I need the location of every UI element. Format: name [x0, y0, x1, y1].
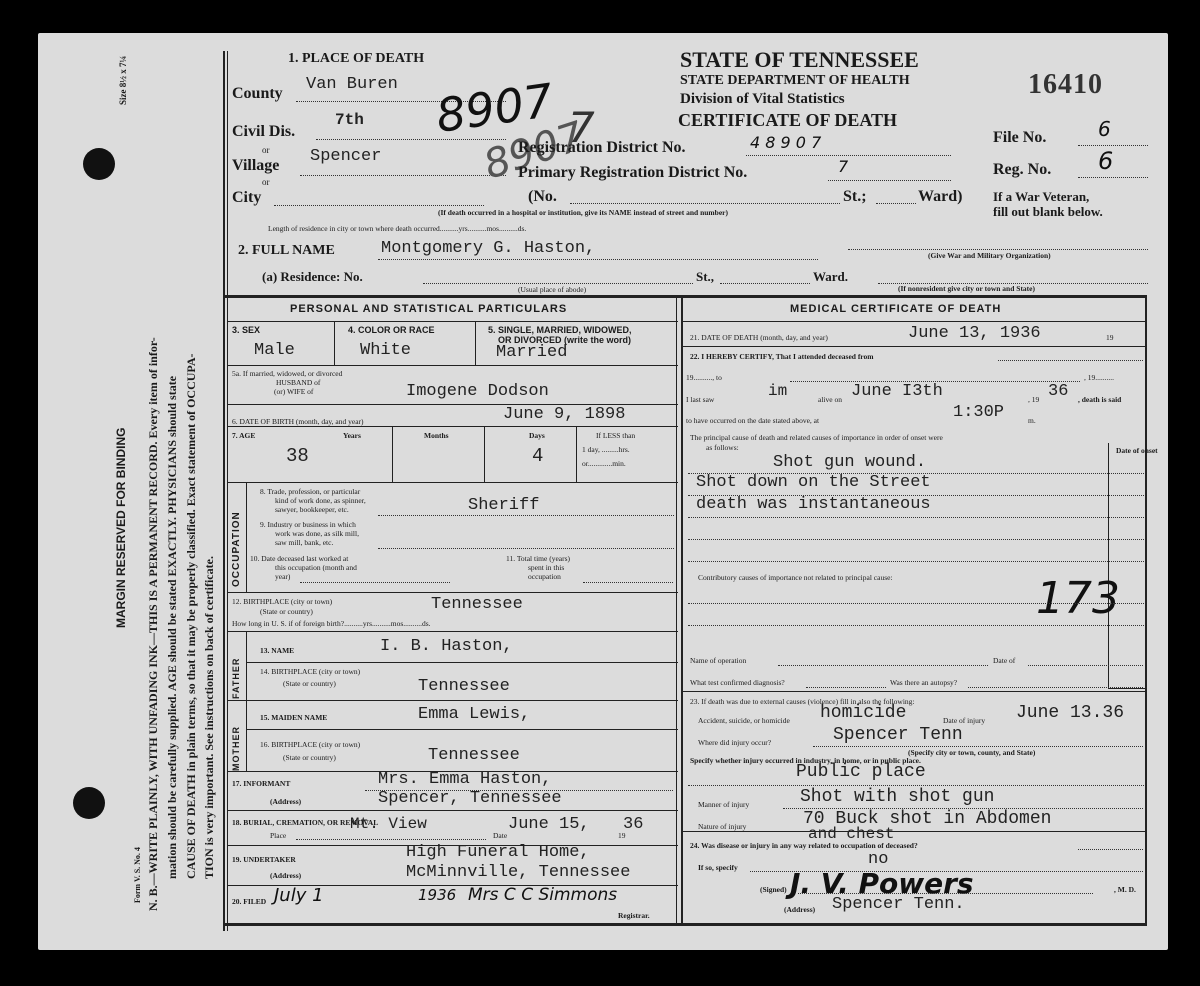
father-birth-label-2: (State or country) — [283, 679, 336, 688]
informant-address-label: (Address) — [270, 797, 301, 806]
father-side-label: FATHER — [231, 658, 241, 699]
personal-header-rule — [228, 321, 678, 322]
spouse-label-3: (or) WIFE of — [274, 387, 313, 396]
medical-header-rule — [683, 321, 1145, 322]
years-value: 38 — [286, 445, 309, 467]
months-label: Months — [424, 431, 449, 440]
street-st-label: St.; — [843, 188, 867, 206]
industry-label-1: 9. Industry or business in which — [260, 520, 356, 529]
left-border-inner — [227, 51, 228, 931]
reg-district-label: Registration District No. — [518, 139, 686, 157]
trade-label-1: 8. Trade, profession, or particular — [260, 487, 360, 496]
race-marital-divider — [475, 321, 476, 365]
last-worked-label-2: this occupation (month and — [275, 563, 357, 572]
main-box-bottom — [225, 923, 1147, 926]
dod-label: 21. DATE OF DEATH (month, day, and year) — [690, 333, 828, 342]
residence-line — [423, 283, 693, 284]
alive-on-label: alive on — [818, 395, 842, 404]
burial-date-value: June 15, — [508, 815, 590, 834]
alive-year-value: 36 — [1048, 382, 1068, 401]
form-number: Form V. S. No. 4 — [133, 847, 142, 903]
father-name-label: 13. NAME — [260, 646, 294, 655]
street-no-label: (No. — [528, 188, 557, 206]
days-label: Days — [529, 431, 545, 440]
onset-column-divider — [1108, 443, 1109, 688]
alive-on-value: June I3th — [851, 382, 943, 401]
test-label: What test confirmed diagnosis? — [690, 678, 785, 687]
occurred-label: to have occurred on the date stated abov… — [686, 416, 819, 425]
division-title: Division of Vital Statistics — [680, 91, 845, 108]
specify-line — [688, 785, 1144, 786]
undertaker-label: 19. UNDERTAKER — [232, 855, 296, 864]
dod-suffix: 19 — [1106, 333, 1114, 342]
if-so-label: If so, specify — [698, 863, 738, 872]
reg-district-value: 4 8 9 0 7 — [750, 133, 821, 152]
spouse-label-1: 5a. If married, widowed, or divorced — [232, 369, 342, 378]
cause-rule-7 — [688, 625, 1144, 626]
to-year: , 19.......... — [1084, 373, 1114, 382]
last-worked-label-1: 10. Date deceased last worked at — [250, 554, 348, 563]
less-label-2: 1 day, .........hrs. — [582, 445, 630, 454]
city-line — [274, 205, 484, 206]
mother-birth-label-2: (State or country) — [283, 753, 336, 762]
industry-label-3: saw mill, bank, etc. — [275, 538, 333, 547]
less-label-1: If LESS than — [596, 431, 635, 440]
reg-district-line — [746, 155, 951, 156]
trade-label-3: sawyer, bookkeeper, etc. — [275, 505, 349, 514]
race-value: White — [360, 341, 411, 360]
file-no-value: 6 — [1098, 117, 1111, 141]
sex-race-divider — [334, 321, 335, 365]
occupation-related-line — [1078, 849, 1143, 850]
last-saw-value: im — [768, 382, 787, 400]
usual-abode-hint: (Usual place of abode) — [518, 285, 586, 294]
county-value: Van Buren — [306, 75, 398, 94]
medical-section-title: MEDICAL CERTIFICATE OF DEATH — [790, 303, 1001, 315]
reg-no-value: 6 — [1098, 147, 1113, 175]
nonresident-hint: (If nonresident give city or town and St… — [898, 284, 1035, 293]
autopsy-line — [968, 687, 1143, 688]
manner-question-value: homicide — [820, 703, 906, 723]
veteran-note-1: If a War Veteran, — [993, 189, 1089, 205]
military-hint: (Give War and Military Organization) — [928, 251, 1051, 260]
operation-line — [778, 665, 988, 666]
informant-label: 17. INFORMANT — [232, 779, 290, 788]
registrar-label: Registrar. — [618, 911, 650, 920]
informant-value: Mrs. Emma Haston, — [378, 770, 551, 789]
total-time-line — [583, 582, 673, 583]
md-label: , M. D. — [1114, 885, 1136, 894]
occupation-side-label: OCCUPATION — [231, 511, 242, 587]
mother-birth-label-1: 16. BIRTHPLACE (city or town) — [260, 740, 360, 749]
onset-label: Date of onset — [1116, 446, 1158, 455]
birthplace-label-1: 12. BIRTHPLACE (city or town) — [232, 597, 332, 606]
file-no-line — [1078, 145, 1148, 146]
where-label: Where did injury occur? — [698, 738, 771, 747]
autopsy-label: Was there an autopsy? — [890, 678, 957, 687]
file-no-label: File No. — [993, 129, 1046, 147]
certificate-paper: Size 8½ x 7¼ MARGIN RESERVED FOR BINDING… — [38, 33, 1168, 950]
trade-line — [378, 515, 674, 516]
dob-label: 6. DATE OF BIRTH (month, day, and year) — [232, 417, 364, 426]
civil-district-label: Civil Dis. — [232, 123, 295, 141]
operation-date-label: Date of — [993, 656, 1015, 665]
instruction-line-1: N. B.—WRITE PLAINLY, WITH UNFADING INK—T… — [146, 337, 161, 911]
days-value: 4 — [532, 445, 543, 467]
industry-label-2: work was done, as silk mill, — [275, 529, 359, 538]
street-no-line — [570, 203, 840, 204]
medical-rule-3 — [683, 831, 1145, 832]
binding-margin-label: MARGIN RESERVED FOR BINDING — [114, 428, 128, 628]
mother-side-label: MOTHER — [231, 726, 241, 771]
row-rule-7 — [247, 662, 678, 663]
row-rule-11 — [228, 810, 678, 811]
certify-label: 22. I HEREBY CERTIFY, That I attended de… — [690, 352, 874, 361]
residence-length: Length of residence in city or town wher… — [268, 224, 526, 233]
street-ward-label: Ward) — [918, 188, 962, 206]
filed-label: 20. FILED — [232, 897, 266, 906]
industry-line — [378, 548, 674, 549]
contributory-label: Contributory causes of importance not re… — [698, 573, 893, 582]
city-label: City — [232, 189, 261, 207]
where-hint: (Specify city or town, county, and State… — [908, 748, 1035, 757]
reg-no-line — [1078, 177, 1148, 178]
column-divider-inner — [676, 295, 677, 925]
death-said-label: , death is said — [1078, 395, 1121, 404]
primary-reg-line — [828, 180, 951, 181]
address-label: (Address) — [784, 905, 815, 914]
marital-value: Married — [496, 343, 567, 362]
undertaker-address-value: McMinnville, Tennessee — [406, 863, 630, 882]
cause-rule-5 — [688, 561, 1144, 562]
marital-label-1: 5. SINGLE, MARRIED, WIDOWED, — [488, 325, 632, 335]
place-of-death-heading: 1. PLACE OF DEATH — [288, 51, 424, 67]
occupation-related-label: 24. Was disease or injury in any way rel… — [690, 841, 918, 850]
civil-district-value: 7th — [335, 111, 364, 129]
signed-label: (Signed) — [760, 885, 787, 894]
sex-label: 3. SEX — [232, 325, 260, 335]
less-label-3: or.............min. — [582, 459, 626, 468]
residence-st: St., — [696, 269, 714, 285]
main-box-top — [225, 295, 1147, 298]
binding-hole-bottom — [73, 787, 105, 819]
occupation-side-divider — [246, 482, 247, 592]
row-rule-1 — [228, 365, 678, 366]
foreign-birth-label: How long in U. S. if of foreign birth?..… — [232, 619, 431, 628]
hospital-hint: (If death occurred in a hospital or inst… — [438, 208, 728, 217]
burial-place-value: Mt. View — [350, 815, 427, 833]
row-rule-5 — [228, 592, 678, 593]
left-border — [223, 51, 225, 931]
row-rule-6 — [228, 631, 678, 632]
mother-birth-value: Tennessee — [428, 746, 520, 765]
injury-date-label: Date of injury — [943, 716, 985, 725]
operation-label: Name of operation — [690, 656, 746, 665]
address-value: Spencer Tenn. — [832, 895, 965, 914]
trade-value: Sheriff — [468, 496, 539, 515]
last-worked-label-3: year) — [275, 572, 290, 581]
time-suffix: m. — [1028, 416, 1036, 425]
medical-rule-1 — [683, 346, 1145, 347]
spouse-label-2: HUSBAND of — [276, 378, 320, 387]
last-saw-label: I last saw — [686, 395, 714, 404]
instruction-line-3: CAUSE OF DEATH in plain terms, so that i… — [184, 353, 199, 879]
dod-value: June 13, 1936 — [908, 324, 1041, 343]
row-rule-9 — [247, 729, 678, 730]
from-year: 19.........., to — [686, 373, 722, 382]
certificate-title: CERTIFICATE OF DEATH — [678, 110, 897, 131]
principal-cause-label-2: as follows: — [706, 443, 739, 452]
parents-side-divider — [246, 631, 247, 771]
street-ward-line — [876, 203, 916, 204]
age-label: 7. AGE — [232, 431, 255, 440]
instruction-line-4: TION is very important. See instructions… — [202, 556, 217, 879]
cause-rule-6 — [688, 603, 1144, 604]
cause-line-2: Shot down on the Street — [696, 473, 931, 492]
sex-value: Male — [254, 341, 295, 360]
birthplace-label-2: (State or country) — [260, 607, 313, 616]
test-line — [806, 687, 886, 688]
row-rule-4 — [228, 482, 678, 483]
total-time-label-3: occupation — [528, 572, 561, 581]
alive-year-prefix: , 19 — [1028, 395, 1039, 404]
total-time-label-2: spent in this — [528, 563, 564, 572]
cause-rule-4 — [688, 539, 1144, 540]
row-rule-8 — [228, 700, 678, 701]
mother-name-value: Emma Lewis, — [418, 705, 530, 724]
specify-value: Public place — [796, 762, 926, 782]
last-worked-line — [300, 582, 450, 583]
where-value: Spencer Tenn — [833, 725, 963, 745]
father-birth-label-1: 14. BIRTHPLACE (city or town) — [260, 667, 360, 676]
age-divider-3 — [576, 426, 577, 482]
undertaker-value: High Funeral Home, — [406, 843, 590, 862]
or-label-1: or — [262, 145, 270, 155]
certificate-number: 16410 — [1028, 69, 1103, 101]
undertaker-address-label: (Address) — [270, 871, 301, 880]
full-name-line — [378, 259, 818, 260]
registrar-signature: Mrs C C Simmons — [468, 885, 617, 905]
residence-ward-line — [720, 283, 810, 284]
age-divider-1 — [392, 426, 393, 482]
nature-label: Nature of injury — [698, 822, 746, 831]
village-label: Village — [232, 157, 279, 175]
filed-date-value: July 1 — [274, 885, 324, 906]
cause-line-1: Shot gun wound. — [773, 453, 926, 472]
spouse-value: Imogene Dodson — [406, 382, 549, 401]
village-line — [300, 175, 506, 176]
burial-place-label: Place — [270, 831, 286, 840]
county-label: County — [232, 85, 283, 103]
burial-place-line — [296, 839, 486, 840]
residence-ward: Ward. — [813, 269, 848, 285]
medical-rule-2 — [683, 691, 1145, 692]
manner-value: Shot with shot gun — [800, 787, 994, 807]
where-line — [813, 746, 1143, 747]
birthplace-value: Tennessee — [431, 595, 523, 614]
race-label: 4. COLOR OR RACE — [348, 325, 435, 335]
father-birth-value: Tennessee — [418, 677, 510, 696]
onset-box-bottom — [1108, 688, 1145, 689]
village-value: Spencer — [310, 147, 381, 166]
veteran-note-2: fill out blank below. — [993, 204, 1103, 220]
manner-label: Manner of injury — [698, 800, 749, 809]
instruction-line-2: mation should be carefully supplied. AGE… — [165, 376, 180, 879]
injury-date-value: June 13.36 — [1016, 703, 1124, 723]
cause-rule-3 — [688, 517, 1144, 518]
certify-line — [998, 360, 1143, 361]
full-name-value: Montgomery G. Haston, — [381, 239, 595, 258]
trade-label-2: kind of work done, as spinner, — [275, 496, 366, 505]
full-name-label: 2. FULL NAME — [238, 243, 335, 259]
dob-value: June 9, 1898 — [503, 405, 625, 424]
civil-district-line — [316, 139, 506, 140]
main-box-right — [1145, 295, 1147, 925]
primary-reg-label: Primary Registration District No. — [518, 164, 747, 182]
mother-name-label: 15. MAIDEN NAME — [260, 713, 327, 722]
burial-date-label: Date — [493, 831, 507, 840]
contributory-handwritten: 173 — [1036, 573, 1120, 624]
burial-year-value: 36 — [623, 815, 643, 834]
department-title: STATE DEPARTMENT OF HEALTH — [680, 73, 910, 89]
primary-reg-value: 7 — [838, 157, 848, 176]
cause-line-3: death was instantaneous — [696, 495, 931, 514]
informant-address-value: Spencer, Tennessee — [378, 789, 562, 808]
binding-hole-top — [83, 148, 115, 180]
father-name-value: I. B. Haston, — [380, 637, 513, 656]
size-note: Size 8½ x 7¼ — [118, 56, 128, 105]
manner-question-label: Accident, suicide, or homicide — [698, 716, 790, 725]
state-title: STATE OF TENNESSEE — [680, 47, 919, 73]
filed-year-value: 1936 — [418, 886, 456, 904]
military-line — [848, 249, 1148, 250]
total-time-label-1: 11. Total time (years) — [506, 554, 570, 563]
or-label-2: or — [262, 177, 270, 187]
years-label: Years — [343, 431, 361, 440]
age-divider-2 — [484, 426, 485, 482]
signed-line — [798, 893, 1093, 894]
row-rule-3 — [228, 426, 678, 427]
principal-cause-label-1: The principal cause of death and related… — [690, 433, 943, 442]
operation-date-line — [1028, 665, 1143, 666]
personal-section-title: PERSONAL AND STATISTICAL PARTICULARS — [290, 303, 567, 315]
residence-label: (a) Residence: No. — [262, 269, 363, 285]
reg-no-label: Reg. No. — [993, 161, 1051, 179]
time-value: 1:30P — [953, 403, 1004, 422]
